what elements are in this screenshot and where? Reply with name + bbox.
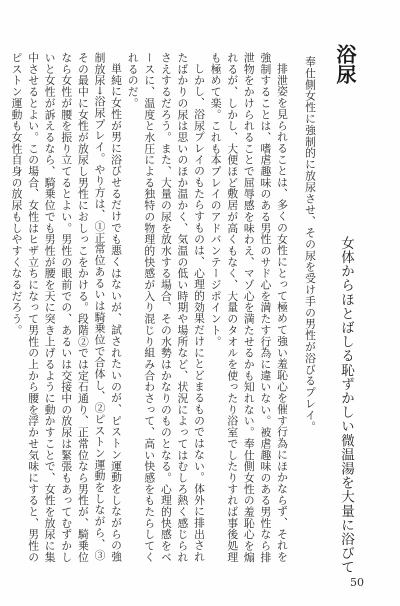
paragraph: しかし、浴尿プレイのもたらすものは、心理的効果だけにとどまるものではない。体外に…: [124, 52, 207, 572]
lead-sentence: 奉仕側女性に強制的に放尿させ、その尿を受け手の男性が浴びるプレイ。: [303, 56, 317, 432]
paragraph: 単純に女性が男に浴びせるだけでも悪くはないが、試されたいのが、ピストン運動をしな…: [8, 52, 124, 572]
book-page: 浴尿 女体からほとばしる恥ずかしい微温湯を大量に浴びて 奉仕側女性に強制的に放尿…: [0, 0, 400, 606]
section-subtitle: 女体からほとばしる恥ずかしい微温湯を大量に浴びて: [338, 236, 354, 574]
page-number: 50: [350, 576, 364, 589]
paragraph: 排泄姿を見られることは、多くの女性にとって極めて強い羞恥心を催す行為にほかならず…: [207, 52, 290, 572]
section-title: 浴尿: [333, 44, 357, 84]
body-text: 排泄姿を見られることは、多くの女性にとって極めて強い羞恥心を催す行為にほかならず…: [8, 52, 290, 572]
